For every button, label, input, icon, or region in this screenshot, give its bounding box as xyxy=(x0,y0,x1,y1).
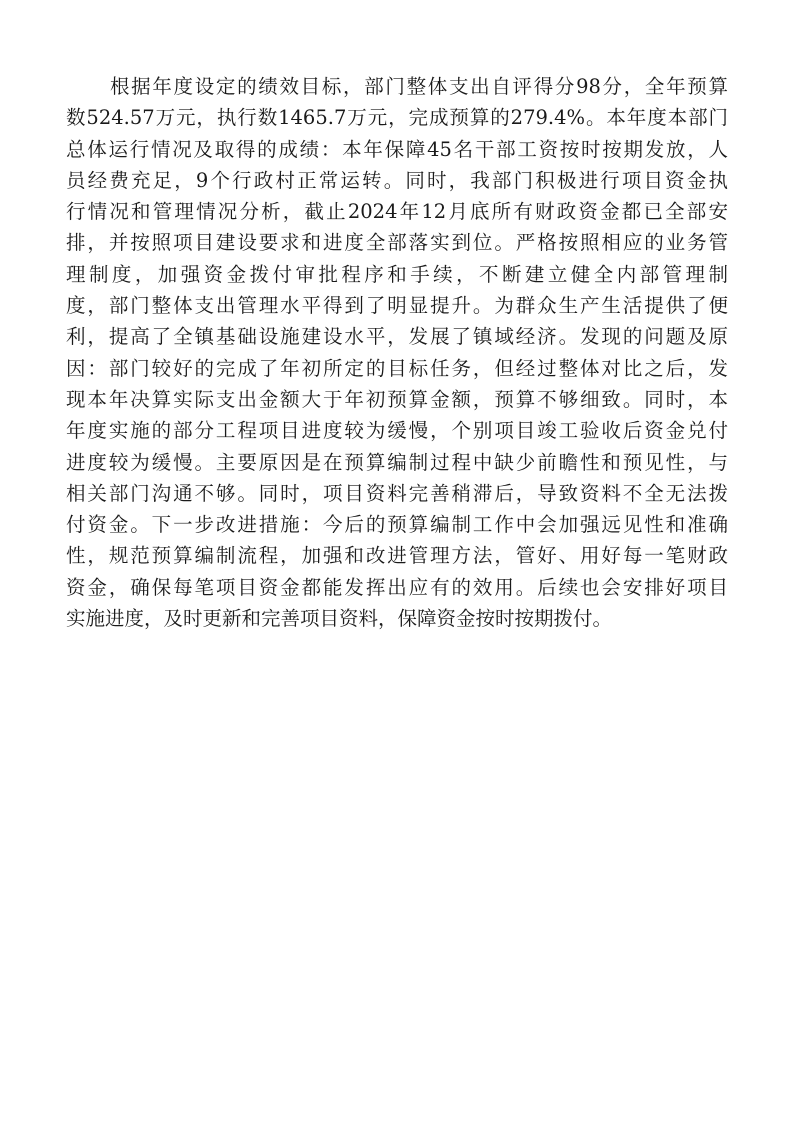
paragraph-line: 因：部门较好的完成了年初所定的目标任务，但经过整体对比之后，发 xyxy=(66,353,728,384)
paragraph-line: 实施进度，及时更新和完善项目资料，保障资金按时按期拨付。 xyxy=(66,603,728,634)
paragraph-line: 数524.57万元，执行数1465.7万元，完成预算的279.4%。本年度本部门 xyxy=(66,102,728,133)
paragraph-line: 进度较为缓慢。主要原因是在预算编制过程中缺少前瞻性和预见性，与 xyxy=(66,447,728,478)
paragraph-line: 年度实施的部分工程项目进度较为缓慢，个别项目竣工验收后资金兑付 xyxy=(66,415,728,446)
paragraph-line: 员经费充足，9个行政村正常运转。同时，我部门积极进行项目资金执 xyxy=(66,165,728,196)
paragraph-line: 相关部门沟通不够。同时，项目资料完善稍滞后，导致资料不全无法拨 xyxy=(66,478,728,509)
paragraph-line: 度，部门整体支出管理水平得到了明显提升。为群众生产生活提供了便 xyxy=(66,290,728,321)
paragraph-line: 性，规范预算编制流程，加强和改进管理方法，管好、用好每一笔财政 xyxy=(66,540,728,571)
document-page: 根据年度设定的绩效目标，部门整体支出自评得分98分，全年预算 数524.57万元… xyxy=(0,0,793,1122)
performance-paragraph: 根据年度设定的绩效目标，部门整体支出自评得分98分，全年预算 数524.57万元… xyxy=(66,71,728,634)
paragraph-line: 理制度，加强资金拨付审批程序和手续，不断建立健全内部管理制 xyxy=(66,259,728,290)
paragraph-line: 总体运行情况及取得的成绩：本年保障45名干部工资按时按期发放，人 xyxy=(66,134,728,165)
paragraph-line: 根据年度设定的绩效目标，部门整体支出自评得分98分，全年预算 xyxy=(66,71,728,102)
paragraph-line: 付资金。下一步改进措施：今后的预算编制工作中会加强远见性和准确 xyxy=(66,509,728,540)
paragraph-line: 排，并按照项目建设要求和进度全部落实到位。严格按照相应的业务管 xyxy=(66,227,728,258)
paragraph-line: 利，提高了全镇基础设施建设水平，发展了镇域经济。发现的问题及原 xyxy=(66,321,728,352)
paragraph-line: 行情况和管理情况分析，截止2024年12月底所有财政资金都已全部安 xyxy=(66,196,728,227)
paragraph-line: 资金，确保每笔项目资金都能发挥出应有的效用。后续也会安排好项目 xyxy=(66,572,728,603)
paragraph-line: 现本年决算实际支出金额大于年初预算金额，预算不够细致。同时，本 xyxy=(66,384,728,415)
